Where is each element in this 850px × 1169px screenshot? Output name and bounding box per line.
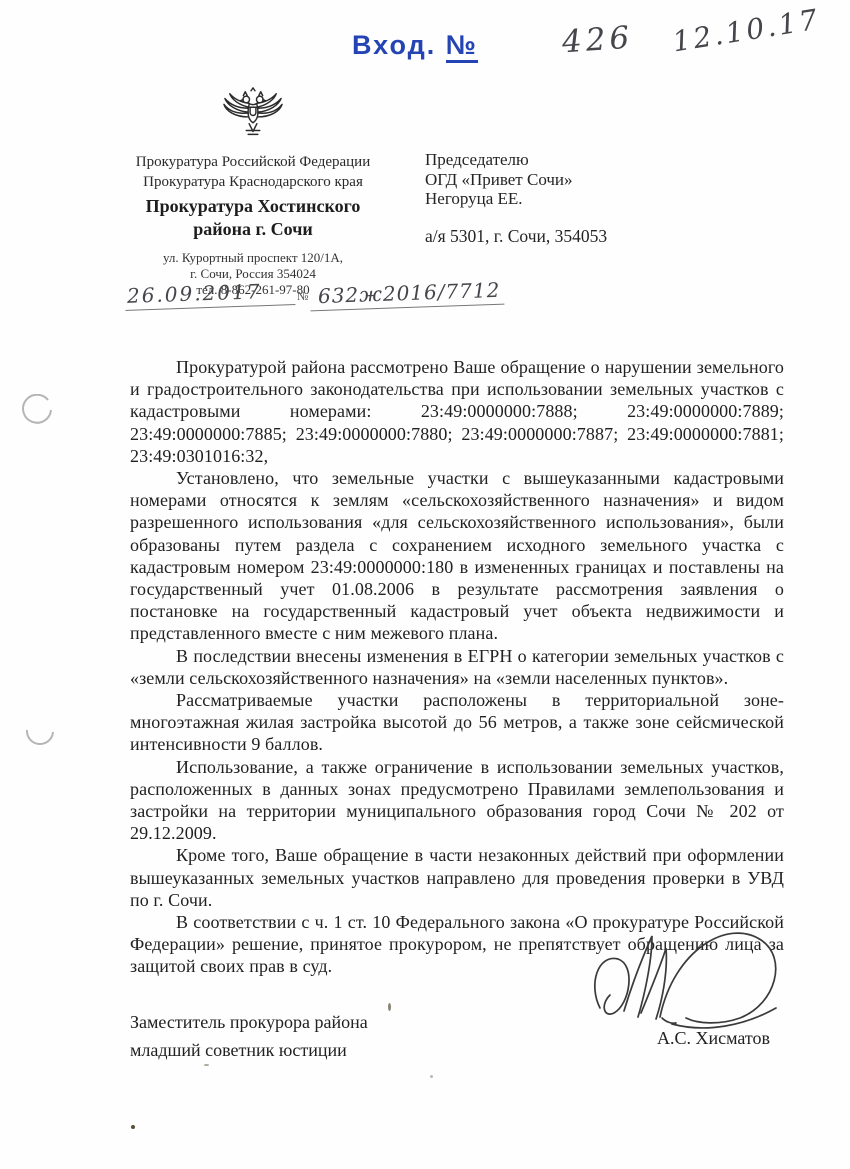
org-line-district-2: района г. Сочи <box>128 218 378 241</box>
scan-speck <box>388 1003 391 1011</box>
outgoing-reg-line: 26.09.2017№632ж2016/7712 <box>125 281 445 308</box>
signoff-position-line2: младший советник юстиции <box>130 1036 368 1064</box>
scan-speck <box>131 1125 135 1129</box>
outgoing-number-sign: № <box>297 289 308 303</box>
paragraph-6: Кроме того, Ваше обращение в части незак… <box>130 844 784 911</box>
scan-speck <box>204 1064 209 1066</box>
handwritten-outgoing-date: 26.09.2017 <box>125 278 296 311</box>
org-line-krai: Прокуратура Краснодарского края <box>128 172 378 192</box>
incoming-stamp: Вход. № <box>352 30 478 61</box>
stamp-number-sign: № <box>446 30 478 63</box>
recipient-address: а/я 5301, г. Сочи, 354053 <box>425 226 735 247</box>
handwritten-outgoing-number: 632ж2016/7712 <box>310 278 505 312</box>
recipient-organization: ОГД «Привет Сочи» <box>425 170 735 190</box>
paragraph-5: Использование, а также ограничение в исп… <box>130 756 784 845</box>
handwritten-incoming-number: 426 <box>561 20 635 61</box>
paragraph-3: В последствии внесены изменения в ЕГРН о… <box>130 645 784 689</box>
paragraph-2: Установлено, что земельные участки с выш… <box>130 467 784 645</box>
handwritten-incoming-date: 12.10.17 <box>670 3 822 59</box>
signoff-position-line1: Заместитель прокурора района <box>130 1008 368 1036</box>
org-line-federation: Прокуратура Российской Федерации <box>128 152 378 172</box>
org-line-district-1: Прокуратура Хостинского <box>128 195 378 218</box>
recipient-name: Негоруца ЕЕ. <box>425 189 735 209</box>
recipient-block: Председателю ОГД «Привет Сочи» Негоруца … <box>425 150 735 247</box>
recipient-title: Председателю <box>425 150 735 170</box>
letterhead: Прокуратура Российской Федерации Прокура… <box>128 86 378 298</box>
paragraph-4: Рассматриваемые участки расположены в те… <box>130 689 784 756</box>
paragraph-1: Прокуратурой района рассмотрено Ваше обр… <box>130 356 784 467</box>
scan-speck <box>430 1075 433 1078</box>
stamp-word: Вход. <box>352 30 436 60</box>
punch-hole-bottom <box>24 716 56 748</box>
punch-hole-top <box>20 394 54 430</box>
letter-body: Прокуратурой района рассмотрено Ваше обр… <box>130 356 784 978</box>
signoff-name: А.С. Хисматов <box>600 1028 770 1049</box>
address-street: ул. Курортный проспект 120/1А, <box>128 250 378 266</box>
coat-of-arms-icon <box>222 86 284 144</box>
signoff-position: Заместитель прокурора района младший сов… <box>130 1008 368 1064</box>
incoming-stamp-label: Вход. № <box>352 30 478 61</box>
scanned-letter-page: Вход. № 426 12.10.17 <box>0 0 850 1169</box>
